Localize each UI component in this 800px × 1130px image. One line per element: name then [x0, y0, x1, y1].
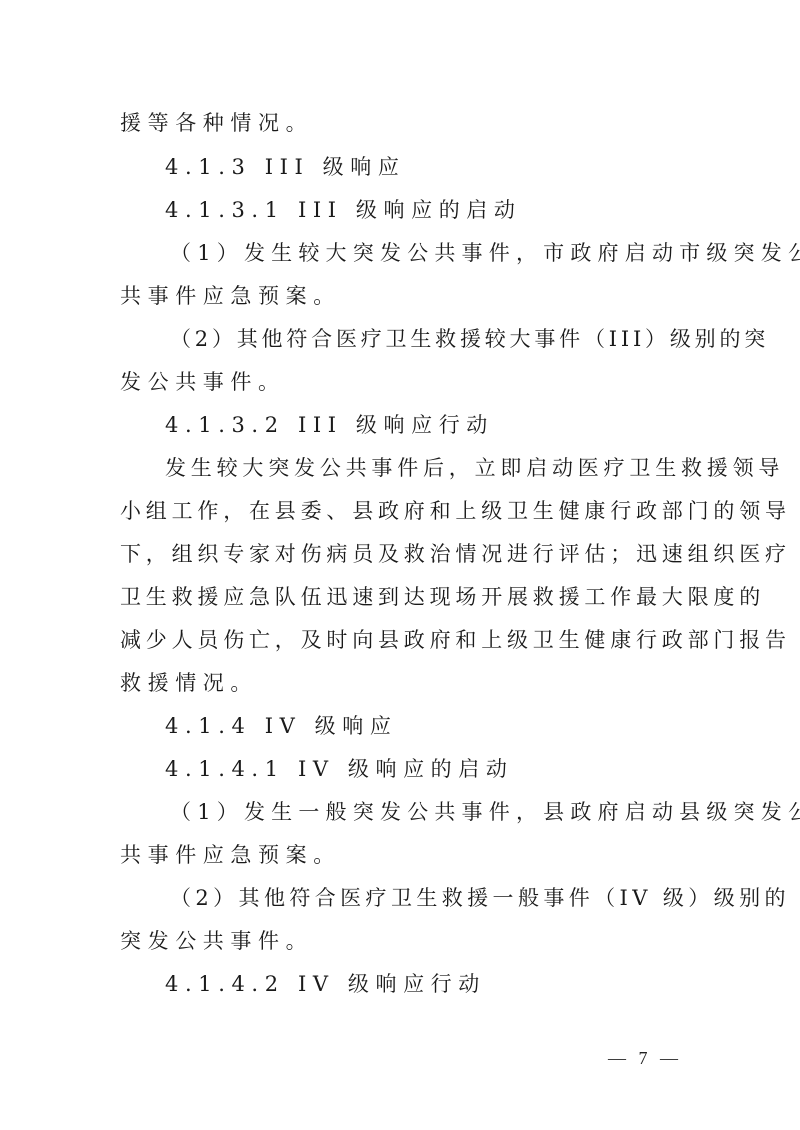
text-line-continuation: 减少人员伤亡，及时向县政府和上级卫生健康行政部门报告 [120, 626, 692, 654]
text-line-continuation: 发公共事件。 [120, 368, 692, 396]
paragraph-item-1: （1）发生一般突发公共事件，县政府启动县级突发公 [170, 798, 742, 826]
section-heading-4-1-4-1: 4.1.4.1 IV 级响应的启动 [165, 755, 737, 783]
text-line-continuation: 突发公共事件。 [120, 927, 692, 955]
page-number: — 7 — [608, 1048, 682, 1069]
section-heading-4-1-4: 4.1.4 IV 级响应 [165, 712, 737, 740]
section-heading-4-1-4-2: 4.1.4.2 IV 级响应行动 [165, 970, 737, 998]
text-line-continuation: 下，组织专家对伤病员及救治情况进行评估；迅速组织医疗 [120, 540, 692, 568]
section-heading-4-1-3-1: 4.1.3.1 III 级响应的启动 [165, 196, 737, 224]
paragraph-item-2: （2）其他符合医疗卫生救援较大事件（III）级别的突 [170, 325, 742, 353]
document-page: 援等各种情况。 4.1.3 III 级响应 4.1.3.1 III 级响应的启动… [0, 0, 800, 1130]
paragraph-body: 发生较大突发公共事件后，立即启动医疗卫生救援领导 [165, 454, 737, 482]
section-heading-4-1-3: 4.1.3 III 级响应 [165, 153, 737, 181]
text-line-continuation: 援等各种情况。 [120, 109, 692, 137]
text-line-continuation: 卫生救援应急队伍迅速到达现场开展救援工作最大限度的 [120, 583, 692, 611]
paragraph-item-1: （1）发生较大突发公共事件，市政府启动市级突发公 [170, 239, 742, 267]
text-line-continuation: 救援情况。 [120, 669, 692, 697]
paragraph-item-2: （2）其他符合医疗卫生救援一般事件（IV 级）级别的 [170, 884, 742, 912]
text-line-continuation: 小组工作，在县委、县政府和上级卫生健康行政部门的领导 [120, 497, 692, 525]
section-heading-4-1-3-2: 4.1.3.2 III 级响应行动 [165, 411, 737, 439]
text-line-continuation: 共事件应急预案。 [120, 841, 692, 869]
text-line-continuation: 共事件应急预案。 [120, 282, 692, 310]
